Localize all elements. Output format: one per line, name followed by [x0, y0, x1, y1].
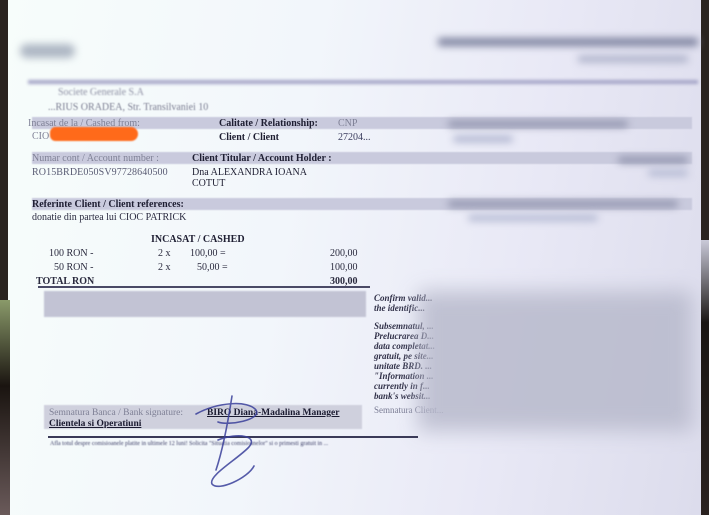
blurred-text [448, 201, 678, 207]
client-references-value: donatie din partea lui CIOC PATRICK [32, 212, 186, 223]
bank-name: Societe Generale S.A [58, 87, 144, 98]
bank-signature-label: Semnatura Banca / Bank signature: [49, 408, 183, 419]
blurred-text [448, 121, 628, 127]
relationship-label: Calitate / Relationship: [219, 118, 318, 129]
photo-background-right [701, 240, 709, 515]
redaction-mark [50, 127, 138, 141]
bank-logo [20, 44, 75, 58]
blurred-text [468, 215, 598, 221]
row-denomination: 50 RON - [54, 262, 93, 273]
blurred-text [648, 170, 688, 176]
account-number-value: RO15BRDE050SV97728640500 [32, 167, 168, 178]
blurred-text [618, 157, 688, 163]
photo-background-left [0, 300, 10, 515]
row-amount: 200,00 [330, 248, 358, 259]
row-count: 2 x [158, 262, 171, 273]
branch-prefix: ...RIUS [48, 102, 78, 113]
row-count: 2 x [158, 248, 171, 259]
id-label: CNP [338, 118, 357, 129]
total-divider [38, 286, 370, 288]
account-number-label: Numar cont / Account number : [32, 153, 159, 164]
row-denomination: 100 RON - [49, 248, 93, 259]
row-amount: 100,00 [330, 262, 358, 273]
branch-name: ORADEA, Str. Transilvaniei 10 [81, 102, 209, 113]
row-unit: 100,00 = [190, 248, 226, 259]
receipt-paper: Societe Generale S.A ...RIUS ORADEA, Str… [8, 0, 701, 515]
relationship-value: Client / Client [219, 132, 279, 143]
id-value: 27204... [338, 132, 371, 143]
row-unit: 50,00 = [197, 262, 228, 273]
account-holder-value-line2: COTUT [192, 178, 225, 189]
cashed-from-value: CIO [32, 131, 49, 142]
blurred-text [453, 136, 513, 142]
client-references-label-text: Referinte Client / Client references: [32, 199, 184, 210]
cashed-title: INCASAT / CASHED [151, 234, 245, 245]
handwritten-signature-icon [188, 392, 288, 492]
header-info-blurred [438, 38, 698, 62]
grey-bar [44, 291, 366, 317]
account-holder-label: Client Titular / Account Holder : [192, 153, 332, 164]
client-references-label: Referinte Client / Client references: [32, 199, 184, 210]
header-divider [28, 80, 698, 84]
branch-address: ...RIUS ORADEA, Str. Transilvaniei 10 [48, 102, 208, 113]
bank-signature-department: Clientela si Operatiuni [49, 419, 141, 430]
account-holder-value-line1: Dna ALEXANDRA IOANA [192, 167, 307, 178]
blur-overlay [418, 291, 693, 431]
